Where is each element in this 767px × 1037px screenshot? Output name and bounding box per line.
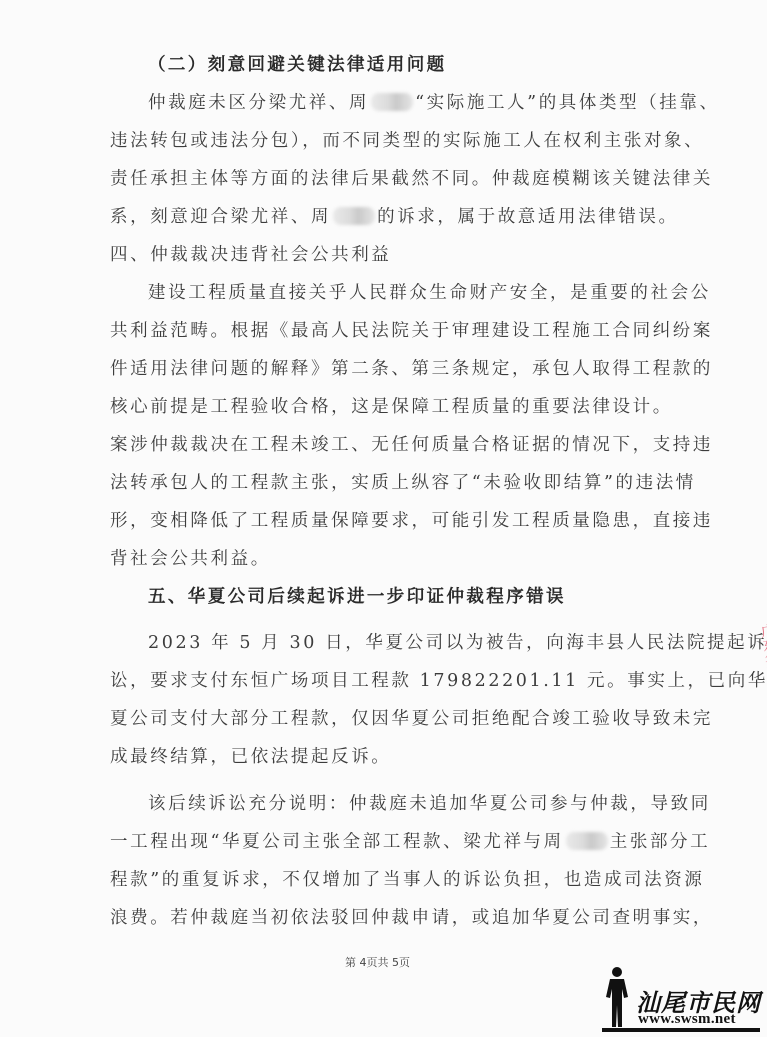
paragraph-line: 共利益范畴。根据《最高人民法院关于审理建设工程施工合同纠纷案 (110, 319, 658, 343)
paragraph-line: 形，变相降低了工程质量保障要求，可能引发工程质量隐患，直接违 (110, 509, 658, 533)
section-heading-4: 四、仲裁裁决违背社会公共利益 (110, 243, 658, 267)
site-watermark: 汕尾市民网 www.swsm.net (602, 965, 762, 1033)
standing-man-silhouette-icon (602, 965, 632, 1031)
redaction-blur (371, 93, 413, 111)
paragraph-line: 件适用法律问题的解释》第二条、第三条规定，承包人取得工程款的 (110, 357, 658, 381)
paragraph-line: 核心前提是工程验收合格，这是保障工程质量的重要法律设计。 (110, 395, 658, 419)
paragraph-line: 责任承担主体等方面的法律后果截然不同。仲裁庭模糊该关键法律关 (110, 167, 658, 191)
paragraph-line: 案涉仲裁裁决在工程未竣工、无任何质量合格证据的情况下，支持违 (110, 433, 658, 457)
paragraph-line: 程款”的重复诉求，不仅增加了当事人的诉讼负担，也造成司法资源 (110, 868, 658, 892)
paragraph-line: 仲裁庭未区分梁尤祥、周“实际施工人”的具体类型（挂靠、 (148, 91, 658, 115)
document-page: （二）刻意回避关键法律适用问题 仲裁庭未区分梁尤祥、周“实际施工人”的具体类型（… (0, 0, 767, 1037)
redaction-blur (333, 207, 375, 225)
paragraph-line: 浪费。若仲裁庭当初依法驳回仲裁申请，或追加华夏公司查明事实， (110, 906, 658, 930)
paragraph-line: 违法转包或违法分包），而不同类型的实际施工人在权利主张对象、 (110, 129, 658, 153)
watermark-base-bar (602, 1028, 760, 1032)
paragraph-line: 讼，要求支付东恒广场项目工程款 179822201.11 元。事实上，已向华 (110, 669, 658, 693)
paragraph-line: 2023 年 5 月 30 日，华夏公司以为被告，向海丰县人民法院提起诉 (148, 631, 658, 655)
paragraph-line: 该后续诉讼充分说明：仲裁庭未追加华夏公司参与仲裁，导致同 (148, 792, 658, 816)
watermark-url: www.swsm.net (638, 1011, 736, 1028)
paragraph-line: 夏公司支付大部分工程款，仅因华夏公司拒绝配合竣工验收导致未完 (110, 707, 658, 731)
redaction-blur (566, 832, 608, 850)
section-heading-5: 五、华夏公司后续起诉进一步印证仲裁程序错误 (148, 585, 696, 609)
paragraph-line: 建设工程质量直接关乎人民群众生命财产安全，是重要的社会公 (148, 281, 658, 305)
page-indicator: 第 4页共 5页 (345, 954, 410, 970)
section-heading-2: （二）刻意回避关键法律适用问题 (148, 53, 696, 77)
paragraph-line: 背社会公共利益。 (110, 547, 658, 571)
paragraph-line: 一工程出现“华夏公司主张全部工程款、梁尤祥与周主张部分工 (110, 830, 658, 854)
paragraph-line: 系，刻意迎合梁尤祥、周的诉求，属于故意适用法律错误。 (110, 205, 658, 229)
paragraph-line: 成最终结算，已依法提起反诉。 (110, 745, 658, 769)
paragraph-line: 法转承包人的工程款主张，实质上纵容了“未验收即结算”的违法情 (110, 471, 658, 495)
